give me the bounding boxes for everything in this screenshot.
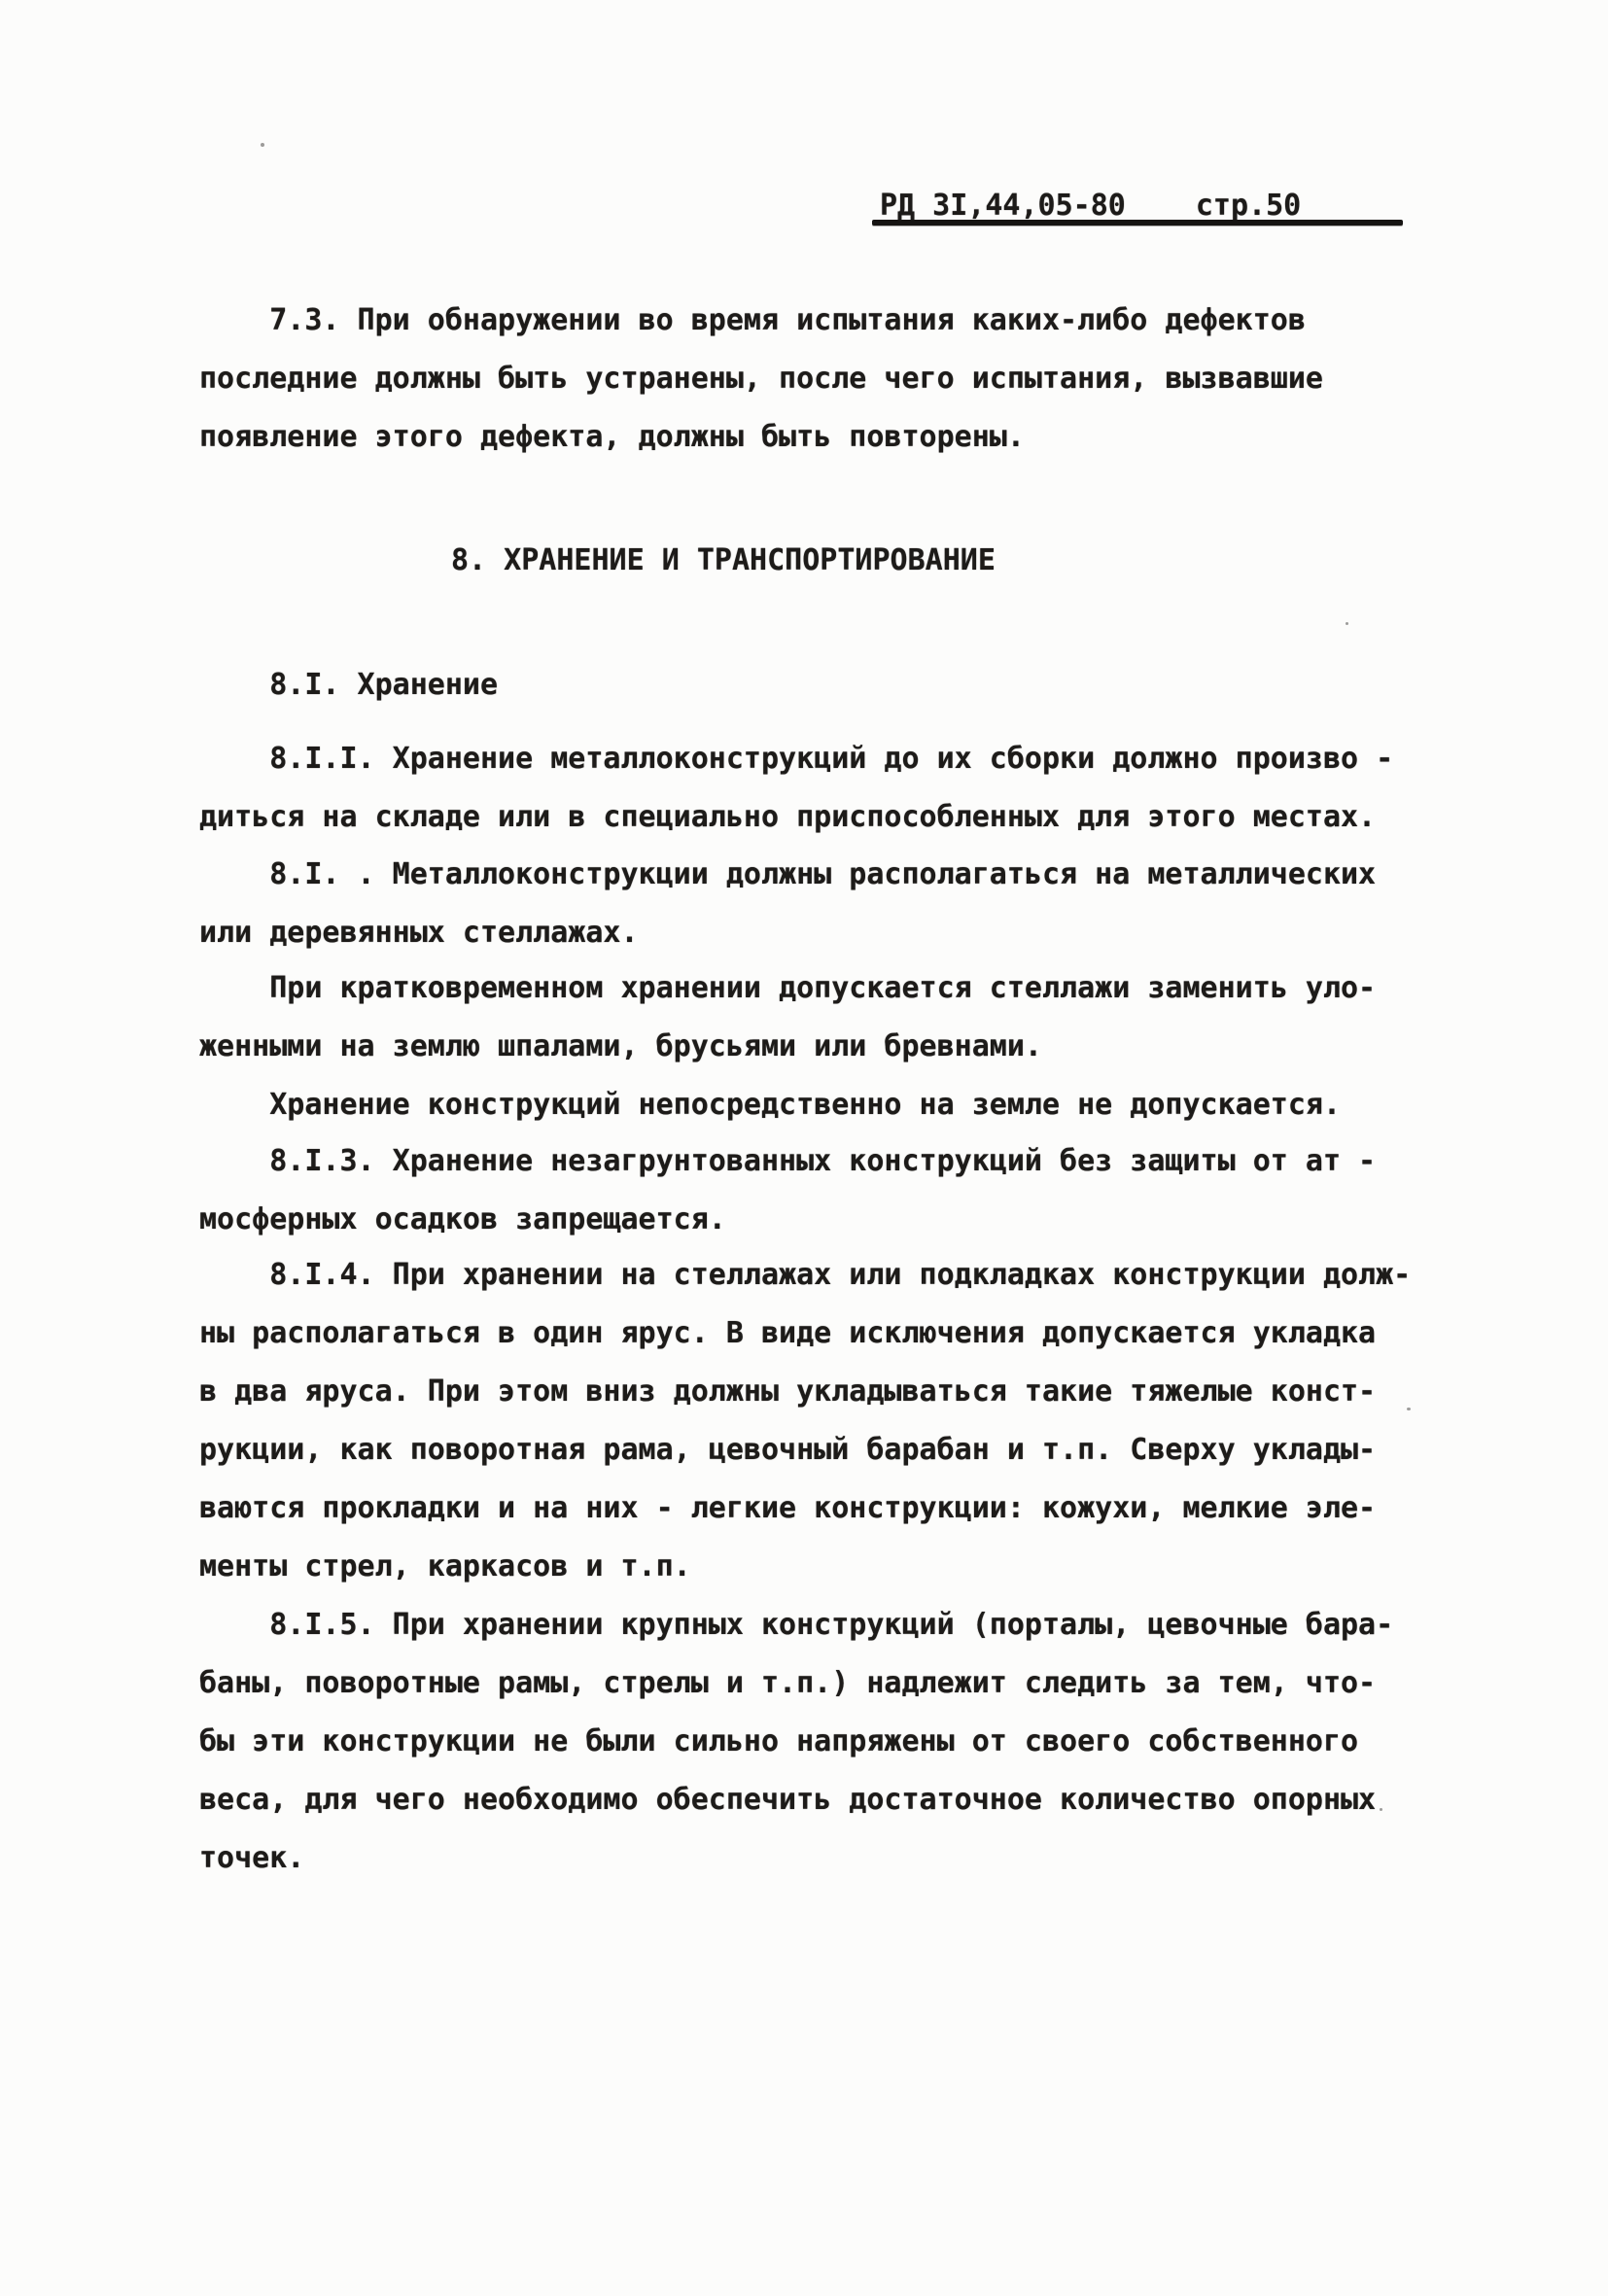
section-heading: 8. ХРАНЕНИЕ И ТРАНСПОРТИРОВАНИЕ bbox=[451, 532, 996, 590]
header-underline bbox=[872, 220, 1403, 226]
paragraph-8-1-1: 8.I.I. Хранение металлоконструкций до их… bbox=[199, 730, 1393, 847]
paragraph-short-term-storage: При кратковременном хранении допускается… bbox=[199, 959, 1376, 1076]
page-header: РД 3I,44,05-80 стр.50 bbox=[880, 177, 1301, 235]
doc-number: РД 3I,44,05-80 bbox=[880, 177, 1126, 235]
paragraph-8-1-3: 8.I.3. Хранение незагрунтованных констру… bbox=[199, 1132, 1376, 1249]
paragraph-7-3: 7.3. При обнаружении во время испытания … bbox=[199, 292, 1323, 467]
paragraph-ground-storage: Хранение конструкций непосредственно на … bbox=[199, 1076, 1341, 1134]
scan-speck bbox=[1380, 1808, 1382, 1811]
paragraph-8-1-4: 8.I.4. При хранении на стеллажах или под… bbox=[199, 1246, 1411, 1596]
paragraph-8-1-2: 8.I. . Металлоконструкции должны распола… bbox=[199, 846, 1376, 962]
paragraph-8-1-5: 8.I.5. При хранении крупных конструкций … bbox=[199, 1596, 1393, 1888]
document-page: РД 3I,44,05-80 стр.50 7.3. При обнаружен… bbox=[0, 0, 1608, 2296]
page-number: стр.50 bbox=[1196, 177, 1301, 235]
paragraph-8-1: 8.I. Хранение bbox=[199, 656, 498, 714]
scan-speck bbox=[261, 143, 264, 147]
scan-speck bbox=[1407, 1408, 1411, 1410]
scan-speck bbox=[1346, 622, 1348, 625]
